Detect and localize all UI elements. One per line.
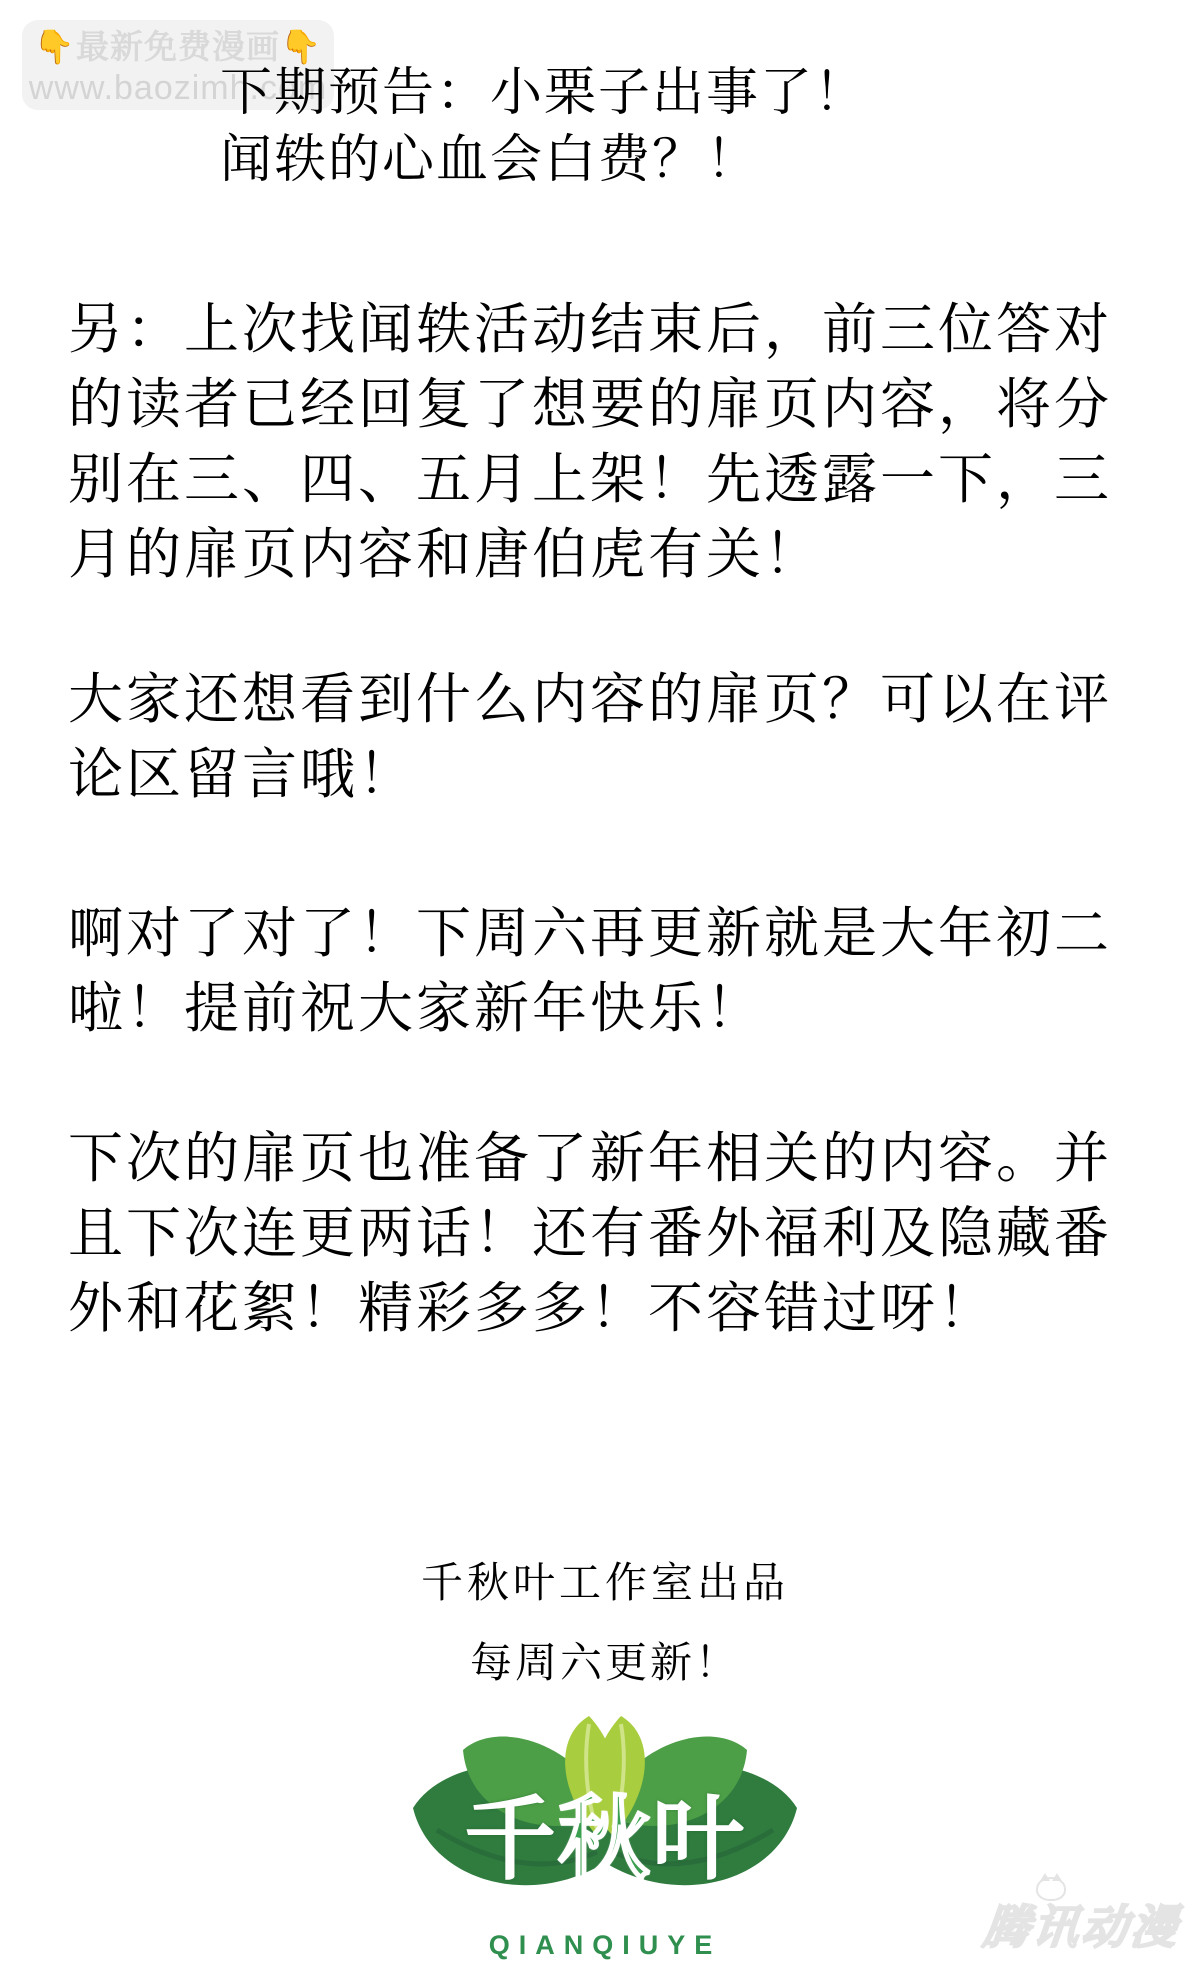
paragraph-new-year: 啊对了对了！下周六再更新就是大年初二 啦！提前祝大家新年快乐！ xyxy=(68,896,1142,1046)
paragraph-cover-pages: 另：上次找闻轶活动结束后，前三位答对 的读者已经回复了想要的扉页内容，将分 别在… xyxy=(68,292,1142,592)
paragraph-line: 啦！提前祝大家新年快乐！ xyxy=(68,971,1142,1046)
next-chapter-teaser: 下期预告：小栗子出事了！ 闻轶的心血会白费？！ xyxy=(220,60,1142,194)
paragraph-comment-invite: 大家还想看到什么内容的扉页？可以在评 论区留言哦！ xyxy=(68,662,1142,812)
leaves-icon xyxy=(380,1712,830,1912)
paragraph-line: 另：上次找闻轶活动结束后，前三位答对 xyxy=(68,292,1142,367)
announcement-page: 👇最新免费漫画👇 www.baozimh.com 下期预告：小栗子出事了！ 闻轶… xyxy=(0,0,1200,1971)
paragraph-line: 下次的扉页也准备了新年相关的内容。并 xyxy=(68,1121,1142,1196)
paragraph-line: 啊对了对了！下周六再更新就是大年初二 xyxy=(68,896,1142,971)
teaser-line: 闻轶的心血会白费？！ xyxy=(220,127,1142,194)
paragraph-line: 的读者已经回复了想要的扉页内容，将分 xyxy=(68,367,1142,442)
paragraph-line: 论区留言哦！ xyxy=(68,737,1142,812)
announcement-content: 下期预告：小栗子出事了！ 闻轶的心血会白费？！ 另：上次找闻轶活动结束后，前三位… xyxy=(0,0,1200,1961)
studio-logo-romanized: QIANQIUYE xyxy=(380,1930,830,1961)
teaser-line: 下期预告：小栗子出事了！ xyxy=(220,60,1142,127)
update-schedule: 每周六更新！ xyxy=(68,1638,1142,1688)
studio-credit: 千秋叶工作室出品 xyxy=(68,1558,1142,1608)
paragraph-line: 外和花絮！精彩多多！不容错过呀！ xyxy=(68,1271,1142,1346)
paragraph-next-update: 下次的扉页也准备了新年相关的内容。并 且下次连更两话！还有番外福利及隐藏番 外和… xyxy=(68,1121,1142,1346)
studio-logo: 千秋叶 QIANQIUYE xyxy=(380,1712,830,1961)
paragraph-line: 别在三、四、五月上架！先透露一下，三 xyxy=(68,442,1142,517)
paragraph-line: 月的扉页内容和唐伯虎有关！ xyxy=(68,517,1142,592)
paragraph-line: 大家还想看到什么内容的扉页？可以在评 xyxy=(68,662,1142,737)
paragraph-line: 且下次连更两话！还有番外福利及隐藏番 xyxy=(68,1196,1142,1271)
